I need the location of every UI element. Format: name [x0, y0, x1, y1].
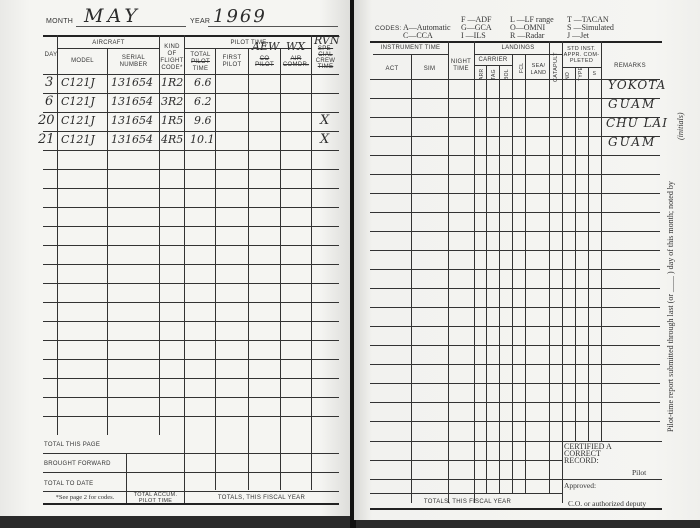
row-line [43, 188, 339, 189]
entry-code: 1R2 [161, 76, 183, 89]
row-line [43, 340, 339, 341]
carrier-sub-rule [474, 65, 512, 66]
remark-entry: GUAM [608, 97, 656, 111]
row-line [370, 193, 660, 194]
entry-serial: 131654 [111, 114, 153, 127]
entry-model: C121J [61, 95, 95, 108]
footer-rule-2 [370, 460, 562, 461]
entry-total: 6.2 [194, 95, 212, 108]
entry-total: 9.6 [194, 114, 212, 127]
col-line-model [107, 48, 108, 435]
row-line [370, 364, 660, 365]
row-line [370, 250, 660, 251]
row-line [43, 397, 339, 398]
aircraft-sub-rule [58, 48, 159, 49]
row-line [370, 212, 660, 213]
total-to-date-label: TOTAL TO DATE [44, 481, 93, 488]
col-line-sea-land [549, 41, 550, 493]
entry-model: C121J [61, 76, 95, 89]
col-line-catapult [562, 41, 563, 503]
row-line [370, 345, 660, 346]
aircraft-header: AIRCRAFT [58, 40, 159, 47]
col5-printed-time: TIME [312, 64, 339, 71]
footer-divider-2 [184, 434, 185, 503]
col-line-day [57, 35, 58, 435]
codes-col-4: T —TACAN S —Simulated J —Jet [567, 16, 614, 40]
row-line [43, 264, 339, 265]
remark-entry: GUAM [608, 135, 656, 149]
row-line [370, 269, 660, 270]
co-deputy-label: C.O. or authorized deputy [568, 500, 646, 507]
col4-printed-comdr: COMDR. [281, 62, 311, 69]
right-logbook-page: CODES: A—Automatic C—CCA F —ADF G—GCA I … [354, 0, 700, 520]
entry-serial: 131654 [111, 76, 153, 89]
col-line-total [215, 48, 216, 490]
col-line-first [248, 48, 249, 490]
code-entry: R —Radar [510, 32, 554, 40]
footer-rule-1 [43, 453, 339, 454]
row-line [43, 359, 339, 360]
row-line [370, 326, 660, 327]
total-time-line3: TIME [185, 66, 216, 73]
brought-forward-label: BROUGHT FORWARD [44, 461, 111, 468]
total-time-header: TOTAL PILOT TIME [185, 52, 216, 73]
entry-code: 3R2 [161, 95, 183, 108]
row-line [370, 421, 660, 422]
col-line-kind [184, 35, 185, 435]
footer-rule-pilot [562, 479, 662, 480]
day-header: DAY [44, 52, 58, 59]
footer-rule-2 [43, 472, 339, 473]
row-line [43, 416, 339, 417]
footer-rule-4 [370, 493, 562, 494]
entry-serial: 131654 [111, 95, 153, 108]
serial-number-header: SERIAL NUMBER [108, 55, 159, 69]
row-line [43, 283, 339, 284]
entry-serial: 131654 [111, 133, 153, 146]
s-header: S [588, 71, 601, 78]
row-line [43, 93, 339, 94]
entry-day: 6 [45, 94, 53, 109]
col4-handwritten-wx: WX [286, 40, 305, 53]
entry-model: C121J [61, 133, 95, 146]
totals-fiscal-year-label: TOTALS, THIS FISCAL YEAR [185, 495, 338, 502]
remarks-header: REMARKS [601, 63, 659, 70]
col-line-fcl [525, 54, 526, 493]
col-line-serial [159, 35, 160, 435]
entry-day: 21 [38, 132, 55, 147]
initials-note: (initials) [676, 112, 685, 140]
year-label: YEAR [190, 18, 210, 25]
model-header: MODEL [58, 58, 107, 65]
row-line [370, 402, 660, 403]
col-line-act [411, 54, 412, 503]
left-logbook-page: MONTH MAY YEAR 1969 DAY AIRCRAFT MODEL S… [0, 0, 352, 516]
act-header: ACT [373, 66, 411, 73]
code-entry: J —Jet [567, 32, 614, 40]
col-line-aew [280, 48, 281, 490]
remark-entry: YOKOTA [608, 78, 666, 92]
entry-model: C121J [61, 114, 95, 127]
footer-rule-bottom [43, 503, 339, 505]
codes-label: CODES: [375, 25, 402, 32]
entry-rvn-mark: X [320, 113, 329, 128]
total-time-struck: PILOT [185, 59, 216, 66]
first-pilot-header: FIRST PILOT [216, 55, 248, 69]
total-time-line1: TOTAL [185, 52, 216, 59]
month-label: MONTH [46, 18, 73, 25]
col-line-bol [512, 54, 513, 493]
year-value: 1969 [213, 6, 267, 27]
std-inst-appr-completed-header: STD INST. APPR. COM- PLETED [562, 46, 601, 64]
row-line [370, 288, 660, 289]
row-line [43, 169, 339, 170]
row-line [370, 383, 660, 384]
approved-label: Approved: [564, 482, 596, 489]
footer-divider-1 [126, 453, 127, 503]
footer-rule-bottom [370, 508, 662, 510]
night-time-header: NIGHT TIME [448, 59, 474, 73]
row-line [43, 378, 339, 379]
row-line [43, 112, 339, 113]
totals-fiscal-year-label: TOTALS, THIS FISCAL YEAR [373, 499, 562, 506]
row-line [43, 74, 339, 75]
entry-total: 10.1 [190, 133, 215, 146]
col-line-night [474, 41, 475, 503]
catapult-header: CATAPULT [553, 52, 560, 82]
header-top-rule [370, 41, 662, 43]
total-this-page-label: TOTAL THIS PAGE [44, 442, 100, 449]
col-line-tag [499, 65, 500, 493]
sim-header: SIM [411, 66, 448, 73]
row-line [43, 207, 339, 208]
certified-correct-record: CERTIFIED A CORRECT RECORD: [564, 443, 634, 464]
row-line [43, 321, 339, 322]
code-entry: C—CCA [403, 32, 451, 40]
col-line-no [575, 67, 576, 441]
col-line-type [588, 67, 589, 441]
entry-day: 20 [38, 113, 55, 128]
carrier-header: CARRIER [474, 57, 512, 64]
row-line [43, 302, 339, 303]
row-line [370, 155, 660, 156]
col-line-wx [311, 35, 312, 490]
entry-code: 4R5 [161, 133, 183, 146]
code-entry: I —ILS [461, 32, 492, 40]
row-line [370, 231, 660, 232]
remark-entry: CHU LAI [606, 116, 668, 130]
row-line [43, 226, 339, 227]
month-value: MAY [84, 5, 141, 27]
instrument-time-header: INSTRUMENT TIME [373, 45, 448, 52]
entry-code: 1R5 [161, 114, 183, 127]
row-line [43, 131, 339, 132]
row-line [370, 174, 660, 175]
pilot-signature-label: Pilot [632, 469, 646, 476]
sea-land-header: SEA/ LAND [528, 63, 549, 77]
header-top-rule [43, 35, 339, 37]
entry-day: 3 [45, 75, 53, 90]
std-sub-rule [562, 67, 601, 68]
row-line [370, 307, 660, 308]
row-line [43, 150, 339, 151]
footer-rule-3 [43, 491, 339, 492]
row-line [43, 245, 339, 246]
codes-col-3: L —LF range O—OMNI R —Radar [510, 16, 554, 40]
codes-col-1: A—Automatic C—CCA [403, 24, 451, 40]
footer-rule-1 [370, 441, 662, 442]
pilot-time-report-note: Pilot-time report submitted through last… [666, 181, 675, 432]
see-page-note: *See page 2 for codes. [44, 494, 126, 501]
entry-rvn-mark: X [320, 132, 329, 147]
col-line-arr [486, 65, 487, 493]
kind-of-flight-code-header: KIND OF FLIGHT CODE* [160, 44, 184, 72]
col-line-s [601, 41, 602, 441]
codes-col-2: F —ADF G—GCA I —ILS [461, 16, 492, 40]
footer-rule-3 [370, 479, 562, 480]
entry-total: 6.6 [194, 76, 212, 89]
col3-handwritten-aew: AEW [252, 40, 279, 53]
col3-printed-pilot: PILOT [249, 62, 280, 69]
col-line-sim [448, 41, 449, 503]
